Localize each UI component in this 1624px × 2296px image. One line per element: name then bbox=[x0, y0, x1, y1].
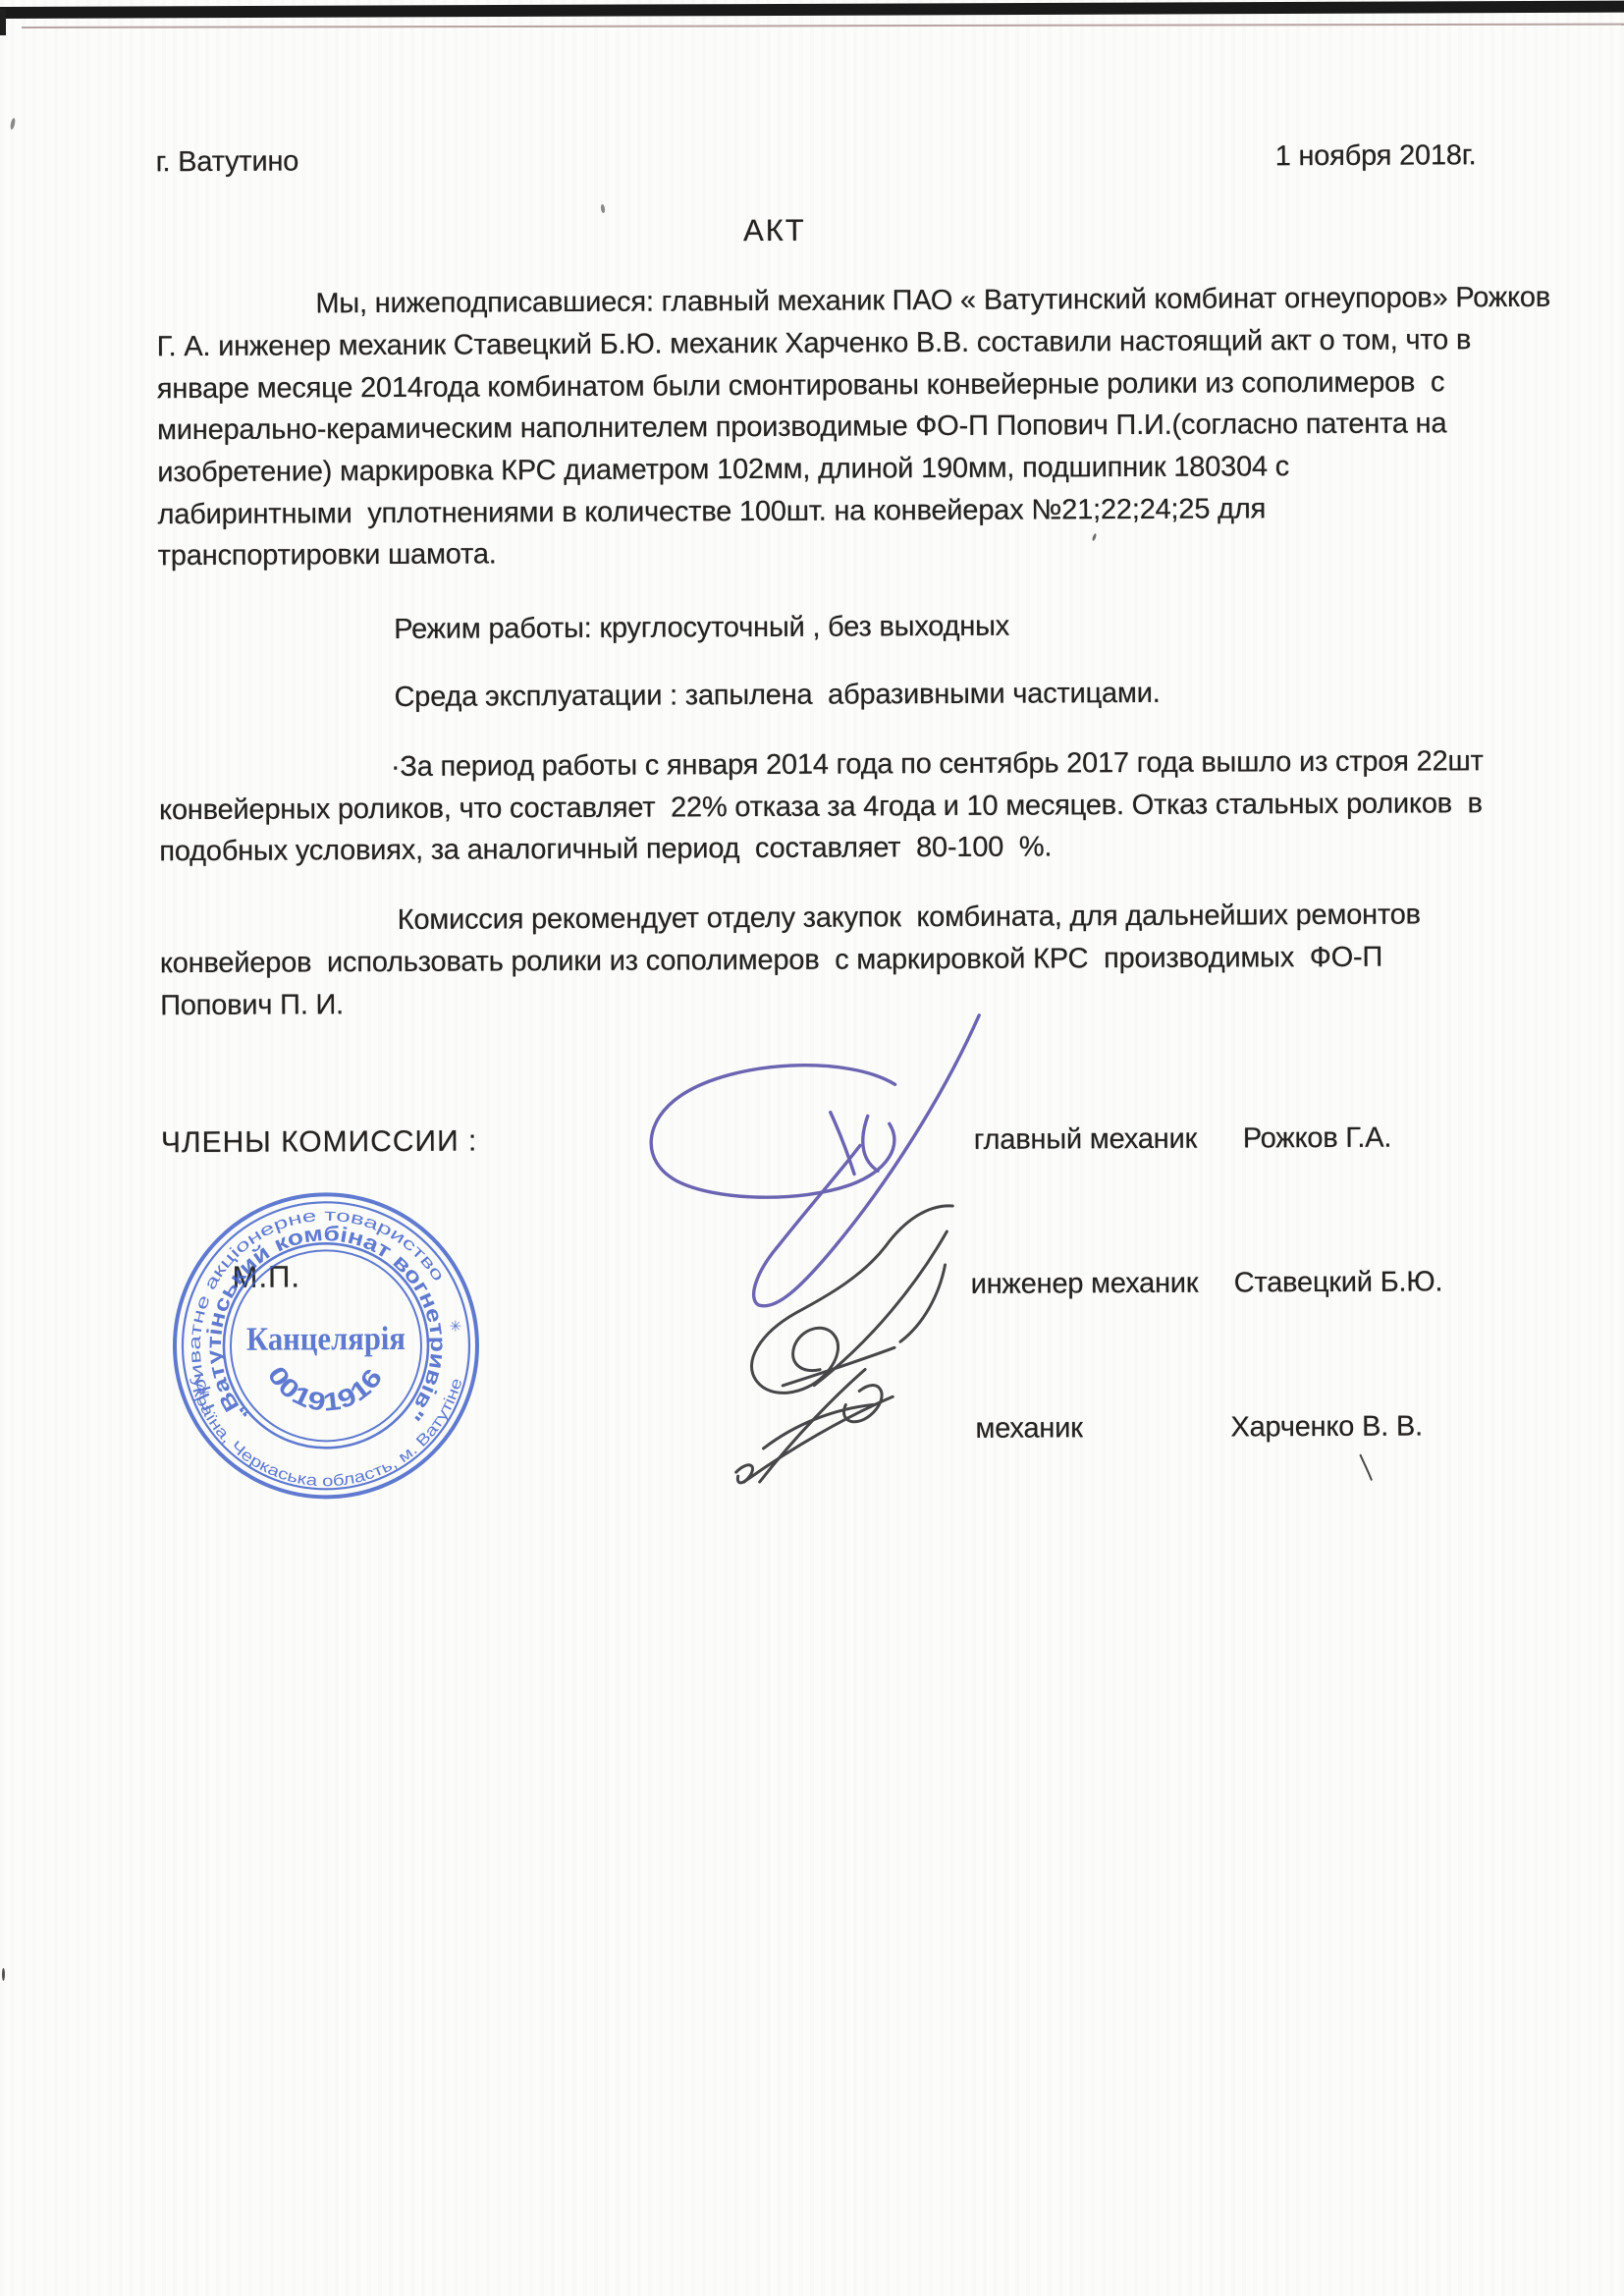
scan-speck bbox=[2, 1968, 5, 1981]
document-content: г. Ватутино 1 ноября 2018г. АКТ Мы, ниже… bbox=[0, 0, 1624, 2296]
pen-tick-mark bbox=[1361, 1455, 1372, 1480]
signature-rozhkov bbox=[651, 1015, 981, 1307]
scanned-act-document: г. Ватутино 1 ноября 2018г. АКТ Мы, ниже… bbox=[0, 0, 1624, 2296]
signatures-layer bbox=[0, 0, 1624, 2296]
